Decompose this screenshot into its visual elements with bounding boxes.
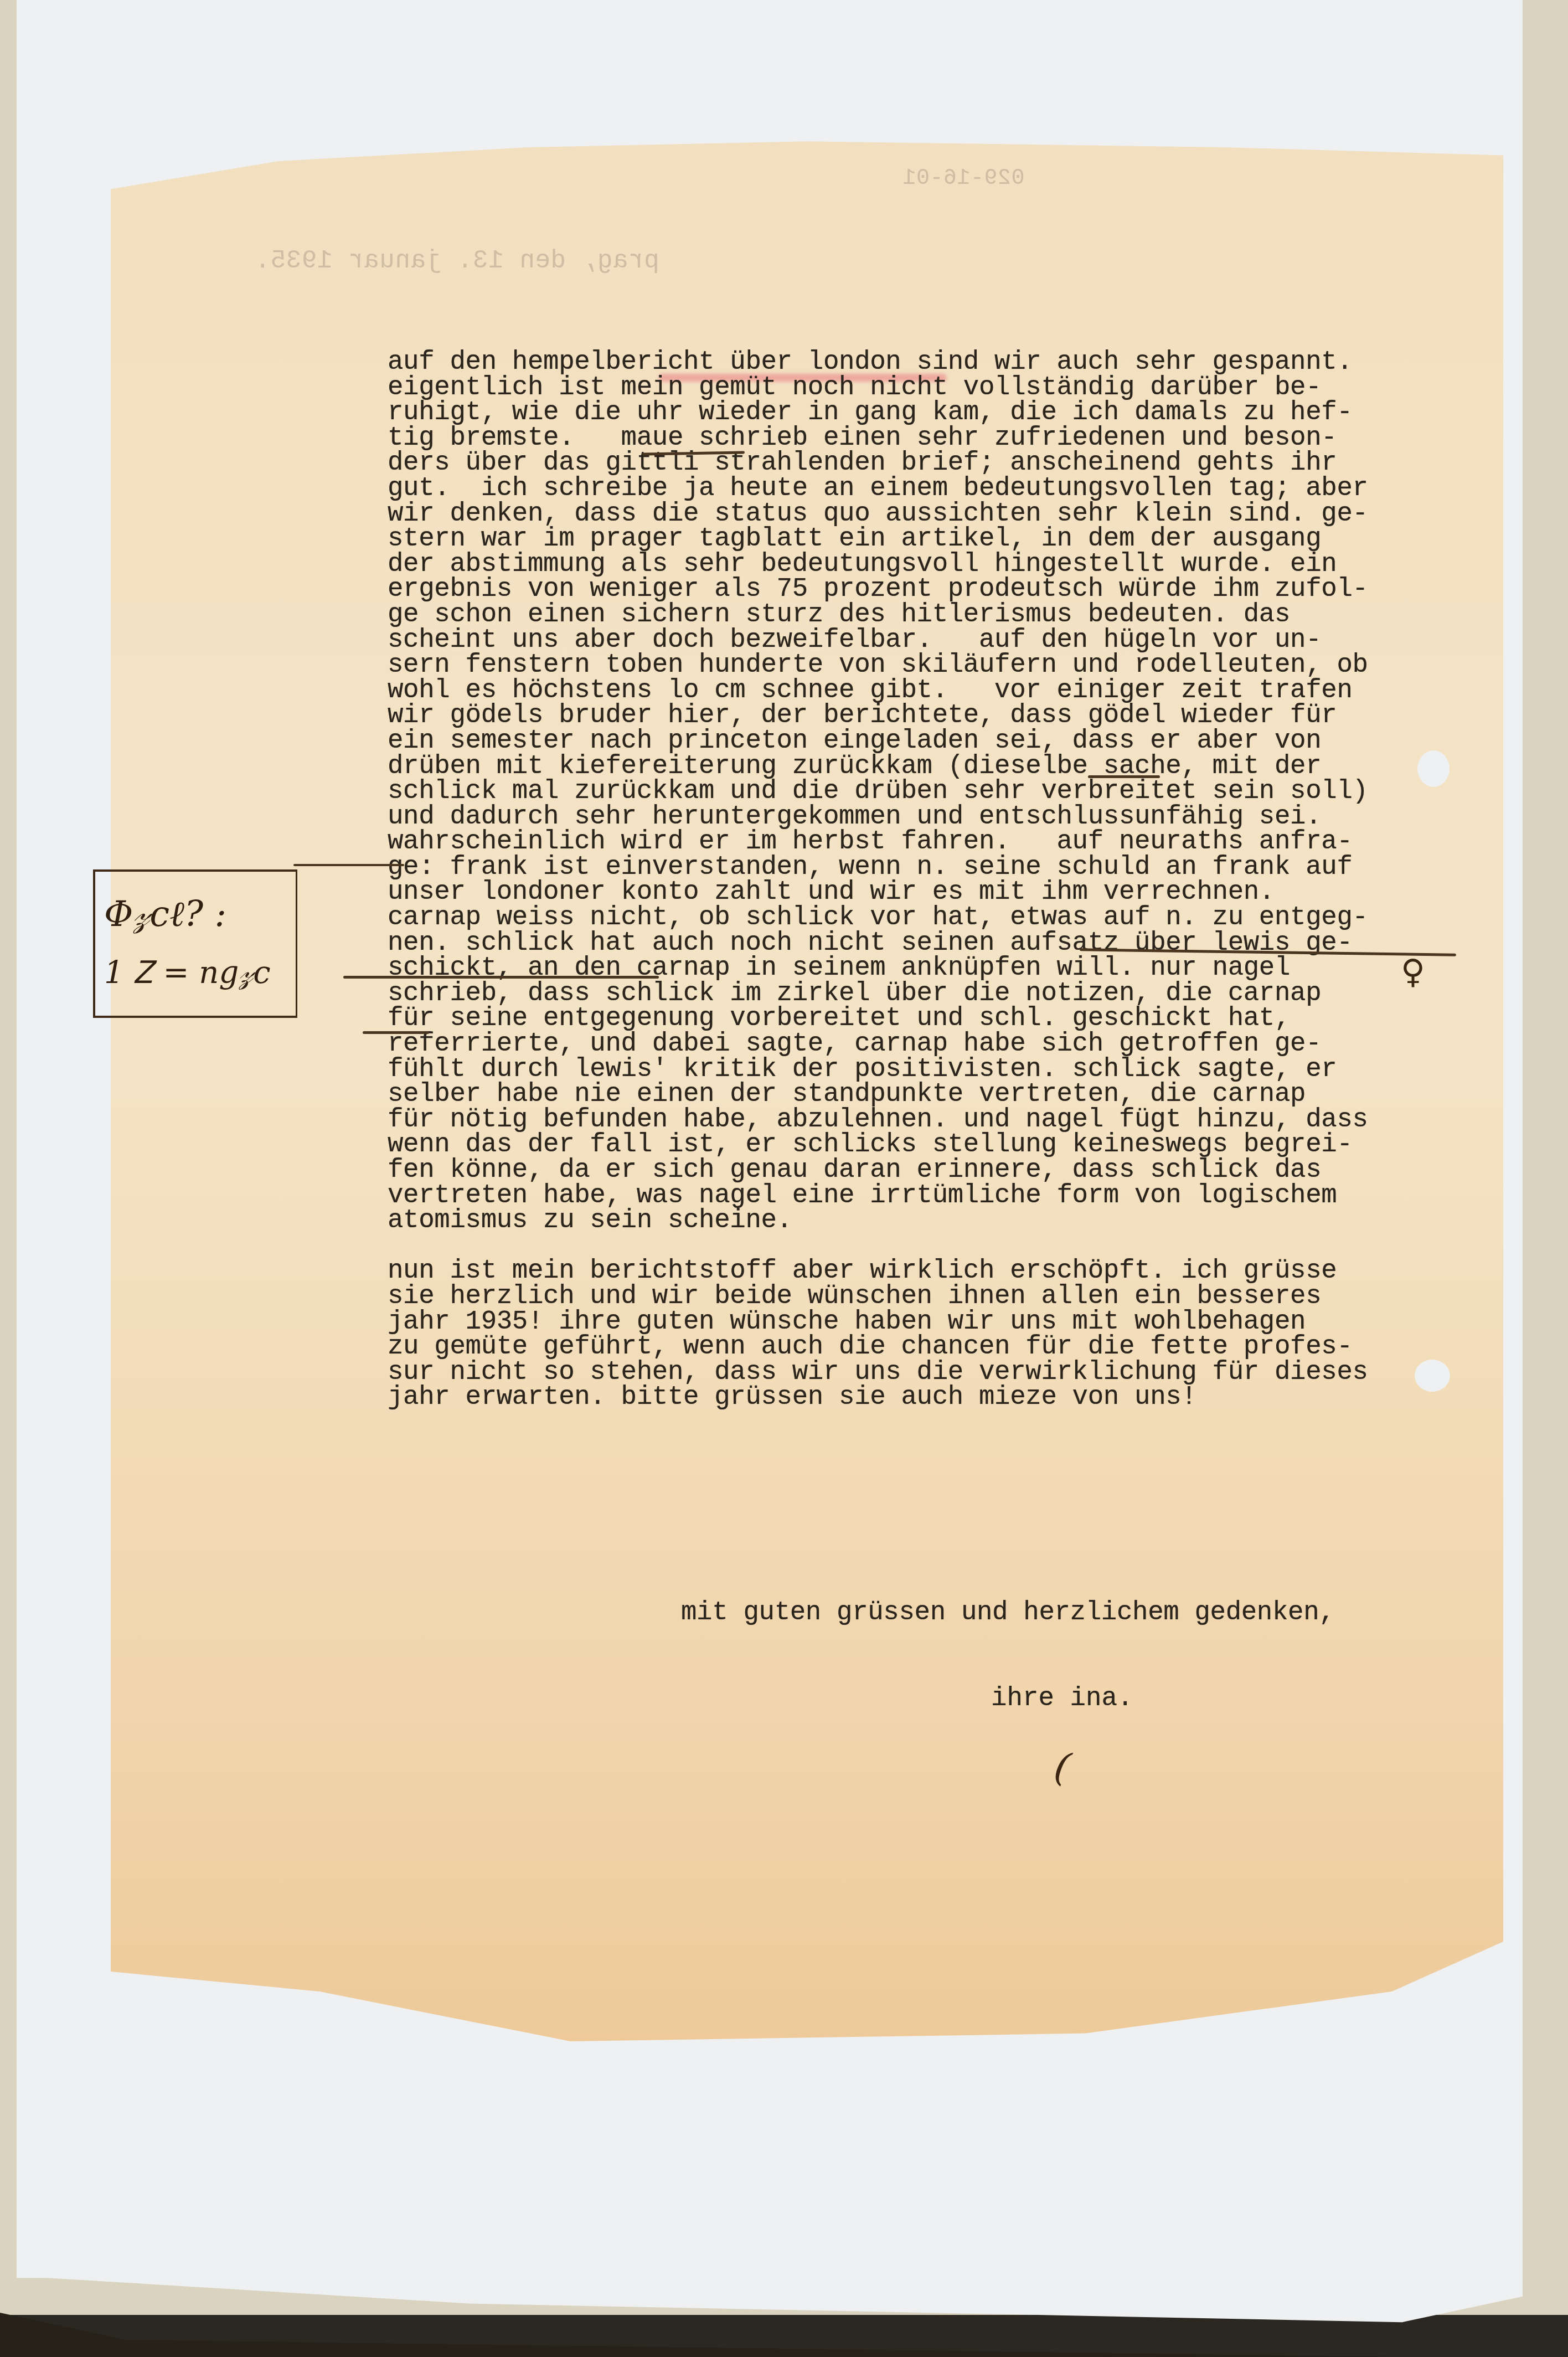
typed-line: wir gödels bruder hier, der berichtete, …	[388, 703, 1484, 729]
typed-line: für seine entgegenung vorbereitet und sc…	[388, 1006, 1484, 1032]
margin-annotation-box: Φ𝓏cℓ? : 1 Ꮓ = ng𝓏c	[93, 869, 297, 1018]
typed-line: jahr 1935! ihre guten wünsche haben wir …	[388, 1310, 1484, 1335]
ink-underline-schlick	[363, 1031, 429, 1034]
typed-line: atomismus zu sein scheine.	[388, 1208, 1484, 1234]
typed-line: unser londoner konto zahlt und wir es mi…	[388, 880, 1484, 905]
typed-line: ergebnis von weniger als 75 prozent prod…	[388, 577, 1484, 603]
margin-annotation-line1: Φ𝓏cℓ? :	[104, 894, 226, 935]
typed-line: wir denken, dass die status quo aussicht…	[388, 502, 1484, 527]
typed-line: für nötig befunden habe, abzulehnen. und…	[388, 1108, 1484, 1133]
letter-closing: mit guten grüssen und herzlichem gedenke…	[681, 1598, 1334, 1628]
typed-line: auf den hempelbericht über london sind w…	[388, 350, 1484, 375]
typed-line: referrierte, und dabei sagte, carnap hab…	[388, 1032, 1484, 1057]
typed-line: fühlt durch lewis' kritik der positivist…	[388, 1057, 1484, 1083]
ink-symbol-mark: ♀	[1401, 953, 1425, 991]
typed-line: zu gemüte geführt, wenn auch die chancen…	[388, 1335, 1484, 1360]
typed-line: sur nicht so stehen, dass wir uns die ve…	[388, 1360, 1484, 1386]
typed-line: scheint uns aber doch bezweifelbar. auf …	[388, 628, 1484, 653]
typed-line: wahrscheinlich wird er im herbst fahren.…	[388, 830, 1484, 855]
typed-line: eigentlich ist mein gemüt noch nicht vol…	[388, 375, 1484, 401]
typed-line: gut. ich schreibe ja heute an einem bede…	[388, 476, 1484, 502]
typed-line: ein semester nach princeton eingeladen s…	[388, 729, 1484, 754]
typed-line: drüben mit kiefereiterung zurückkam (die…	[388, 754, 1484, 780]
typed-line: jahr erwarten. bitte grüssen sie auch mi…	[388, 1385, 1484, 1411]
typed-line: ge schon einen sichern sturz des hitleri…	[388, 603, 1484, 628]
typed-line: wenn das der fall ist, er schlicks stell…	[388, 1133, 1484, 1158]
margin-annotation-line2: 1 Ꮓ = ng𝓏c	[104, 955, 271, 991]
typed-line: tig bremste. maue schrieb einen sehr zuf…	[388, 426, 1484, 451]
typed-line: nun ist mein berichtstoff aber wirklich …	[388, 1259, 1484, 1284]
paragraph-gap	[388, 1234, 1484, 1259]
typed-line: fen könne, da er sich genau daran erinne…	[388, 1158, 1484, 1183]
letter-signature: ihre ina.	[991, 1684, 1133, 1713]
typed-line: sie herzlich und wir beide wünschen ihne…	[388, 1284, 1484, 1310]
typed-line: carnap weiss nicht, ob schlick vor hat, …	[388, 905, 1484, 931]
typed-line: schrieb, dass schlick im zirkel über die…	[388, 981, 1484, 1007]
typed-line: ruhigt, wie die uhr wieder in gang kam, …	[388, 400, 1484, 426]
typed-line: und dadurch sehr heruntergekommen und en…	[388, 805, 1484, 830]
bleed-through-date-line: prag, den 13. januar 1935.	[255, 246, 659, 275]
ink-underline-goedel	[1088, 775, 1160, 778]
typed-line: sern fenstern toben hunderte von skiläuf…	[388, 653, 1484, 678]
typed-line: vertreten habe, was nagel eine irrtümlic…	[388, 1183, 1484, 1209]
typed-line: stern war im prager tagblatt ein artikel…	[388, 527, 1484, 552]
typed-line: wohl es höchstens lo cm schnee gibt. vor…	[388, 678, 1484, 704]
typed-line: selber habe nie einen der standpunkte ve…	[388, 1082, 1484, 1108]
typed-line: ge: frank ist einverstanden, wenn n. sei…	[388, 855, 1484, 881]
ink-strike-und-dadurch	[293, 864, 404, 866]
typed-line: der abstimmung als sehr bedeutungsvoll h…	[388, 552, 1484, 578]
typed-line: schlick mal zurückkam und die drüben seh…	[388, 779, 1484, 805]
letter-body: auf den hempelbericht über london sind w…	[388, 350, 1484, 1411]
typed-line: ders über das gittli strahlenden brief; …	[388, 451, 1484, 476]
bleed-through-archive-number: 029-16-01	[902, 166, 1025, 191]
ink-underline-londoner-konto	[343, 976, 659, 979]
